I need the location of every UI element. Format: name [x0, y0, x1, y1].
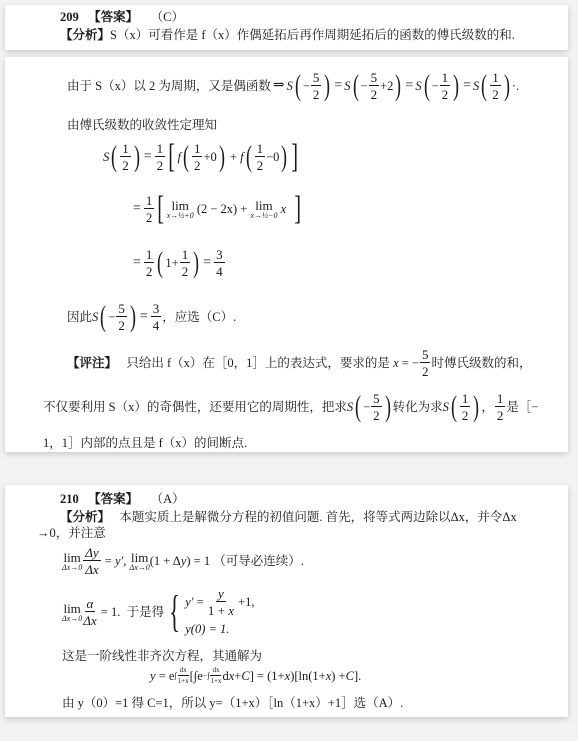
ode-system-line: limΔx→0 αΔx = 1. 于是得 { y′ = y1 + x +1, y… [62, 585, 255, 639]
question-number: 210 [60, 492, 79, 506]
answer-label: 【答案】 [88, 492, 138, 506]
equation-step-2: = 12 [ limx→½+0 (2 − 2x) + limx→½−0 x ] [131, 187, 303, 231]
q210-solution-card: 210 【答案】 （A） 【分析】 本题实质上是解微分方程的初值问题. 首先，将… [5, 485, 568, 717]
q209-answer-line: 209 【答案】 （C） [60, 9, 184, 25]
conclusion-line: 因此 S(−52) = 34 ，应选（C）. [67, 297, 236, 337]
implies-arrow: ⇒ [273, 78, 285, 94]
limit-line: limΔx→0 ΔyΔx = y′, limΔx→0 (1 + Δy) = 1 … [62, 543, 304, 579]
q209-header-card: 209 【答案】 （C） 【分析】S（x）可看作是 f（x）作偶延拓后再作周期延… [5, 5, 568, 50]
question-number: 209 [60, 10, 79, 24]
analysis-label: 【分析】 [60, 28, 110, 42]
q210-analysis-line: 【分析】 本题实质上是解微分方程的初值问题. 首先，将等式两边除以Δx，并令Δx [60, 509, 517, 525]
q210-analysis-line-2: →0，并注意 [37, 525, 106, 541]
general-solution-formula: y = e∫dx1+x[∫e−∫dx1+xdx + C] = (1+x)[ln(… [150, 663, 361, 689]
answer-value: （C） [151, 10, 184, 24]
periodicity-text: 由于 S（x）以 2 为周期，又是偶函数 [67, 78, 271, 94]
answer-value: （A） [151, 492, 185, 506]
final-answer-line: 由 y（0）=1 得 C=1，所以 y=（1+x）［ln（1+x）+1］选（A）… [62, 695, 403, 711]
q209-solution-card: 由于 S（x）以 2 为周期，又是偶函数 ⇒ S(−52) = S(−52+2)… [5, 57, 568, 452]
q209-analysis-line: 【分析】S（x）可看作是 f（x）作偶延拓后再作周期延拓后的函数的傅氏级数的和. [60, 27, 515, 43]
comment-line-2: 不仅要利用 S（x）的奇偶性，还要用它的周期性，把求 S(−52) 转化为求 S… [43, 387, 538, 427]
answer-label: 【答案】 [88, 10, 138, 24]
comment-line-1: 【评注】 只给出 f（x）在［0，1］上的表达式，要求的是 x = −52 时傅… [67, 347, 532, 379]
comment-line-3: 1，1］内部的点且是 f（x）的间断点. [43, 435, 247, 451]
math-s: S [287, 78, 293, 94]
convergence-theorem-line: 由傅氏级数的收敛性定理知 [67, 117, 217, 133]
equation-step-1: S(12) = 12 [ f(12+0) + f(12−0) ] [103, 137, 301, 177]
q210-answer-line: 210 【答案】 （A） [60, 491, 185, 507]
period-dot: ·. [512, 78, 519, 94]
analysis-text: S（x）可看作是 f（x）作偶延拓后再作周期延拓后的函数的傅氏级数的和. [110, 28, 515, 42]
equation-step-3: = 12 (1+12) = 34 [131, 243, 226, 283]
periodicity-line: 由于 S（x）以 2 为周期，又是偶函数 ⇒ S(−52) = S(−52+2)… [67, 67, 519, 105]
general-solution-intro: 这是一阶线性非齐次方程，其通解为 [62, 648, 262, 664]
